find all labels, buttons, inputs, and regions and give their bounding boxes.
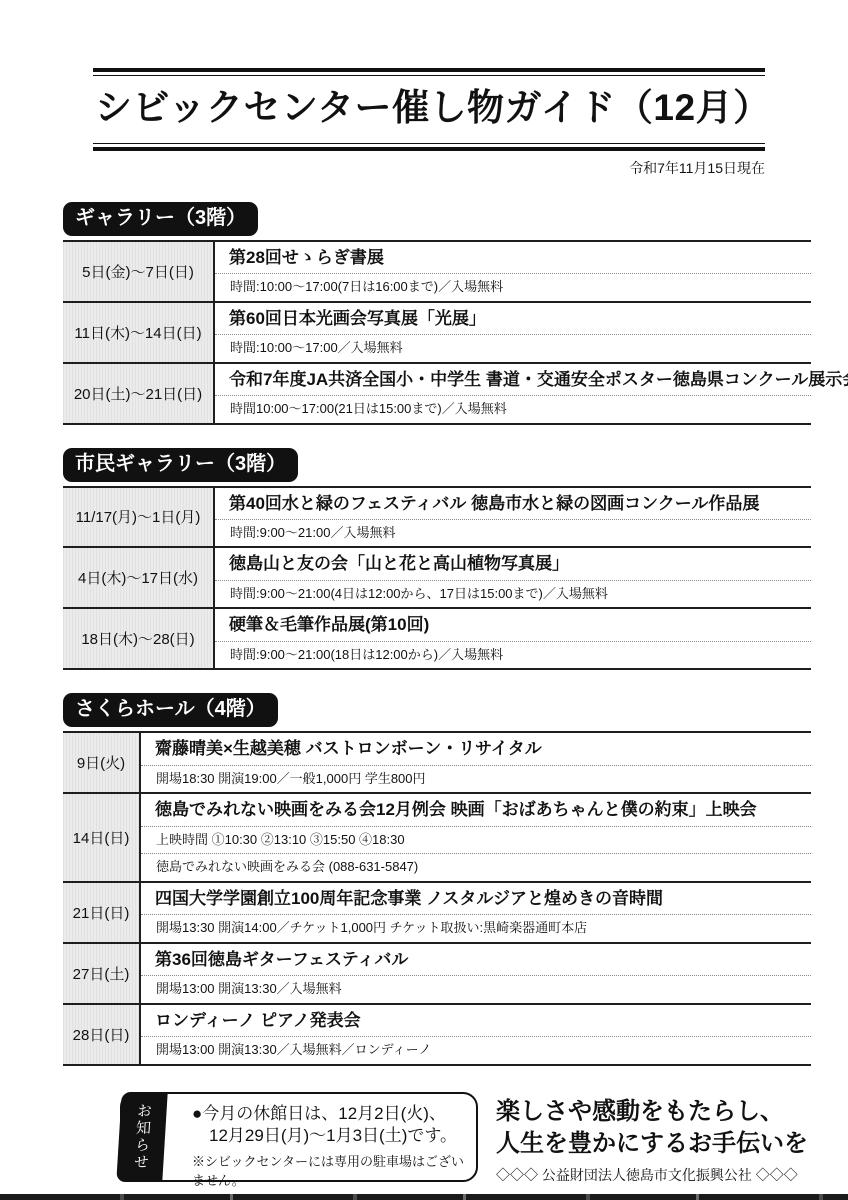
event-table-row: 20日(土)～21日(日) 令和7年度JA共済全国小・中学生 書道・交通安全ポス…	[63, 362, 811, 423]
event-content-cell: 硬筆＆毛筆作品展(第10回) 時間:9:00～21:00(18日は12:00から…	[215, 609, 811, 668]
event-section: さくらホール（4階） 9日(火) 齋藤晴美×生越美穂 バストロンボーン・リサイタ…	[63, 693, 811, 1066]
notice-label-text: お知らせ	[132, 1103, 151, 1171]
event-table: 11/17(月)～1日(月) 第40回水と緑のフェスティバル 徳島市水と緑の図画…	[63, 486, 811, 671]
event-date-cell: 20日(土)～21日(日)	[63, 364, 215, 423]
event-title: ロンディーノ ピアノ発表会	[141, 1005, 811, 1036]
event-title: 徳島山と友の会「山と花と高山植物写真展」	[215, 548, 811, 579]
notice-label: お知らせ	[116, 1092, 168, 1182]
event-date: 11日(木)～14日(日)	[74, 322, 201, 343]
event-sections: ギャラリー（3階） 5日(金)～7日(日) 第28回せゝらぎ書展 時間:10:0…	[63, 202, 811, 1066]
event-title: 硬筆＆毛筆作品展(第10回)	[215, 609, 811, 640]
event-table: 5日(金)～7日(日) 第28回せゝらぎ書展 時間:10:00～17:00(7日…	[63, 240, 811, 425]
event-date: 11/17(月)～1日(月)	[76, 506, 201, 527]
event-date-cell: 28日(日)	[63, 1005, 141, 1064]
event-table-row: 5日(金)～7日(日) 第28回せゝらぎ書展 時間:10:00～17:00(7日…	[63, 242, 811, 301]
event-content-cell: 齋藤晴美×生越美穂 バストロンボーン・リサイタル 開場18:30 開演19:00…	[141, 733, 811, 792]
event-detail: 時間:10:00～17:00／入場無料	[215, 334, 811, 362]
event-date: 20日(土)～21日(日)	[74, 383, 202, 404]
event-date: 28日(日)	[73, 1024, 130, 1045]
event-detail: 開場13:00 開演13:30／入場無料／ロンディーノ	[141, 1036, 811, 1064]
event-date: 21日(日)	[73, 902, 130, 923]
event-content-cell: 四国大学学園創立100周年記念事業 ノスタルジアと煌めきの音時間 開場13:30…	[141, 883, 811, 942]
event-section: 市民ギャラリー（3階） 11/17(月)～1日(月) 第40回水と緑のフェスティ…	[63, 448, 811, 671]
event-detail: 時間:9:00～21:00(18日は12:00から)／入場無料	[215, 641, 811, 669]
event-table: 9日(火) 齋藤晴美×生越美穂 バストロンボーン・リサイタル 開場18:30 開…	[63, 731, 811, 1066]
event-detail: 開場18:30 開演19:00／一般1,000円 学生800円	[141, 765, 811, 793]
slogan-line-1: 楽しさや感動をもたらし、	[496, 1096, 808, 1128]
event-content-cell: 第28回せゝらぎ書展 時間:10:00～17:00(7日は16:00まで)／入場…	[215, 242, 811, 301]
event-date-cell: 21日(日)	[63, 883, 141, 942]
event-content-cell: 徳島山と友の会「山と花と高山植物写真展」 時間:9:00～21:00(4日は12…	[215, 548, 811, 607]
slogan-block: 楽しさや感動をもたらし、 人生を豊かにするお手伝いを ◇◇◇ 公益財団法人徳島市…	[496, 1092, 808, 1185]
slogan-line-2: 人生を豊かにするお手伝いを	[496, 1128, 808, 1160]
event-date: 5日(金)～7日(日)	[82, 261, 194, 282]
event-title: 四国大学学園創立100周年記念事業 ノスタルジアと煌めきの音時間	[141, 883, 811, 914]
event-detail: 時間:9:00～21:00(4日は12:00から、17日は15:00まで)／入場…	[215, 580, 811, 608]
event-table-row: 9日(火) 齋藤晴美×生越美穂 バストロンボーン・リサイタル 開場18:30 開…	[63, 733, 811, 792]
event-content-cell: 第60回日本光画会写真展「光展」 時間:10:00～17:00／入場無料	[215, 303, 811, 362]
event-detail: 時間:9:00～21:00／入場無料	[215, 519, 811, 547]
event-table-row: 14日(日) 徳島でみれない映画をみる会12月例会 映画「おばあちゃんと僕の約束…	[63, 792, 811, 881]
event-content-cell: 令和7年度JA共済全国小・中学生 書道・交通安全ポスター徳島県コンクール展示会 …	[215, 364, 811, 423]
event-date-cell: 27日(土)	[63, 944, 141, 1003]
page-title: シビックセンター催し物ガイド（12月）	[93, 76, 765, 143]
event-date-cell: 5日(金)～7日(日)	[63, 242, 215, 301]
event-content-cell: 徳島でみれない映画をみる会12月例会 映画「おばあちゃんと僕の約束」上映会 上映…	[141, 794, 811, 881]
event-date-cell: 4日(木)～17日(水)	[63, 548, 215, 607]
event-table-row: 11/17(月)～1日(月) 第40回水と緑のフェスティバル 徳島市水と緑の図画…	[63, 488, 811, 547]
event-date-cell: 18日(木)～28(日)	[63, 609, 215, 668]
section-heading-label: さくらホール（4階）	[75, 698, 266, 720]
event-detail: 時間:10:00～17:00(7日は16:00まで)／入場無料	[215, 273, 811, 301]
notice-closed-days-line2: 12月29日(月)～1月3日(土)です。	[192, 1125, 468, 1147]
event-detail: 開場13:00 開演13:30／入場無料	[141, 975, 811, 1003]
event-date: 27日(土)	[73, 963, 130, 984]
event-table-row: 4日(木)～17日(水) 徳島山と友の会「山と花と高山植物写真展」 時間:9:0…	[63, 546, 811, 607]
event-date: 18日(木)～28(日)	[81, 628, 194, 649]
event-date-cell: 14日(日)	[63, 794, 141, 881]
event-table-row: 27日(土) 第36回徳島ギターフェスティバル 開場13:00 開演13:30／…	[63, 942, 811, 1003]
notice-box: お知らせ ●今月の休館日は、12月2日(火)、 12月29日(月)～1月3日(土…	[120, 1092, 478, 1182]
event-table-row: 11日(木)～14日(日) 第60回日本光画会写真展「光展」 時間:10:00～…	[63, 301, 811, 362]
notice-parking-note: ※シビックセンターには専用の駐車場はございません。	[192, 1151, 468, 1189]
notice-text: ●今月の休館日は、12月2日(火)、 12月29日(月)～1月3日(土)です。 …	[178, 1094, 476, 1195]
event-title: 第36回徳島ギターフェスティバル	[141, 944, 811, 975]
event-date-cell: 11/17(月)～1日(月)	[63, 488, 215, 547]
section-heading-label: ギャラリー（3階）	[75, 207, 246, 229]
section-heading-label: 市民ギャラリー（3階）	[75, 453, 286, 475]
event-content-cell: ロンディーノ ピアノ発表会 開場13:00 開演13:30／入場無料／ロンディー…	[141, 1005, 811, 1064]
event-date: 14日(日)	[73, 827, 130, 848]
organization-name: ◇◇◇ 公益財団法人徳島市文化振興公社 ◇◇◇	[496, 1165, 808, 1185]
section-heading-badge: 市民ギャラリー（3階）	[63, 448, 298, 482]
event-detail: 徳島でみれない映画をみる会 (088-631-5847)	[141, 853, 811, 881]
event-detail: 上映時間 ①10:30 ②13:10 ③15:50 ④18:30	[141, 826, 811, 854]
double-rule-bottom	[93, 143, 765, 151]
event-date: 9日(火)	[77, 752, 125, 773]
event-content-cell: 第40回水と緑のフェスティバル 徳島市水と緑の図画コンクール作品展 時間:9:0…	[215, 488, 811, 547]
event-title: 第40回水と緑のフェスティバル 徳島市水と緑の図画コンクール作品展	[215, 488, 811, 519]
event-table-row: 21日(日) 四国大学学園創立100周年記念事業 ノスタルジアと煌めきの音時間 …	[63, 881, 811, 942]
double-rule-top	[93, 68, 765, 76]
section-heading-badge: ギャラリー（3階）	[63, 202, 258, 236]
notice-closed-days-line1: ●今月の休館日は、12月2日(火)、	[192, 1103, 468, 1125]
event-table-row: 18日(木)～28(日) 硬筆＆毛筆作品展(第10回) 時間:9:00～21:0…	[63, 607, 811, 668]
event-content-cell: 第36回徳島ギターフェスティバル 開場13:00 開演13:30／入場無料	[141, 944, 811, 1003]
section-heading-badge: さくらホール（4階）	[63, 693, 278, 727]
footer: お知らせ ●今月の休館日は、12月2日(火)、 12月29日(月)～1月3日(土…	[120, 1092, 810, 1185]
event-date: 4日(木)～17日(水)	[78, 567, 198, 588]
event-title: 齋藤晴美×生越美穂 バストロンボーン・リサイタル	[141, 733, 811, 764]
event-guide-page: シビックセンター催し物ガイド（12月） 令和7年11月15日現在 ギャラリー（3…	[0, 0, 848, 1200]
event-date-cell: 9日(火)	[63, 733, 141, 792]
event-title: 第28回せゝらぎ書展	[215, 242, 811, 273]
event-detail: 開場13:30 開演14:00／チケット1,000円 チケット取扱い:黒崎楽器通…	[141, 914, 811, 942]
as-of-date: 令和7年11月15日現在	[0, 158, 765, 178]
title-frame: シビックセンター催し物ガイド（12月）	[93, 68, 765, 151]
event-title: 徳島でみれない映画をみる会12月例会 映画「おばあちゃんと僕の約束」上映会	[141, 794, 811, 825]
event-table-row: 28日(日) ロンディーノ ピアノ発表会 開場13:00 開演13:30／入場無…	[63, 1003, 811, 1064]
event-title: 令和7年度JA共済全国小・中学生 書道・交通安全ポスター徳島県コンクール展示会	[215, 364, 811, 395]
event-title: 第60回日本光画会写真展「光展」	[215, 303, 811, 334]
event-detail: 時間10:00～17:00(21日は15:00まで)／入場無料	[215, 395, 811, 423]
event-section: ギャラリー（3階） 5日(金)～7日(日) 第28回せゝらぎ書展 時間:10:0…	[63, 202, 811, 425]
event-date-cell: 11日(木)～14日(日)	[63, 303, 215, 362]
scan-edge-bar	[0, 1194, 848, 1200]
